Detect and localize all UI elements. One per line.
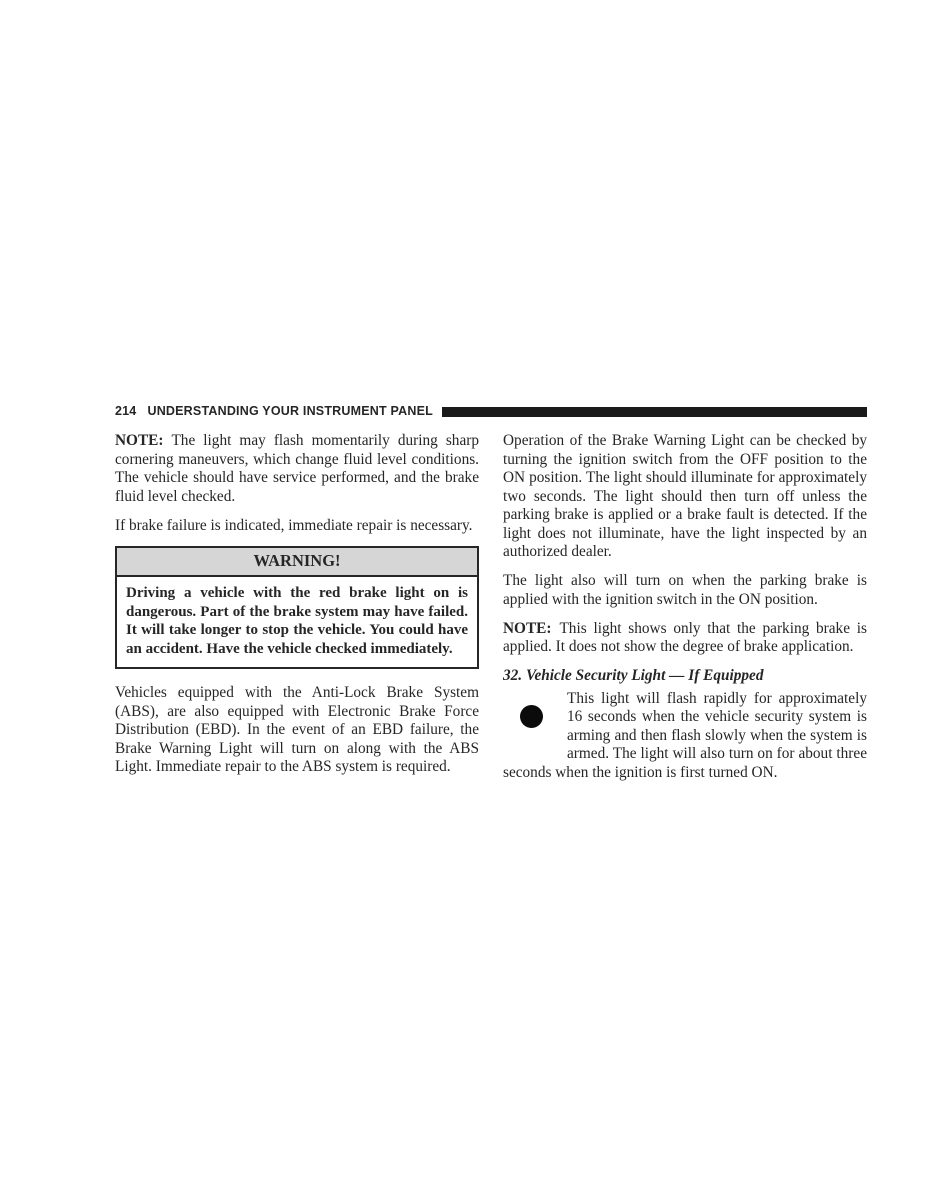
page-title: UNDERSTANDING YOUR INSTRUMENT PANEL [147, 404, 432, 418]
section-heading-vehicle-security-light: 32. Vehicle Security Light — If Equipped [503, 667, 867, 686]
right-column: Operation of the Brake Warning Light can… [503, 432, 867, 793]
warning-box: WARNING! Driving a vehicle with the red … [115, 546, 479, 670]
note-paragraph-fluid-level: NOTE:The light may flash momentarily dur… [115, 432, 479, 506]
note-text: This light shows only that the parking b… [503, 620, 867, 656]
security-dot-float-area [503, 690, 567, 762]
warning-box-body: Driving a vehicle with the red brake lig… [117, 577, 477, 667]
brake-failure-paragraph: If brake failure is indicated, immediate… [115, 517, 479, 536]
abs-ebd-paragraph: Vehicles equipped with the Anti-Lock Bra… [115, 684, 479, 777]
left-column: NOTE:The light may flash momentarily dur… [115, 432, 479, 793]
note-text: The light may flash momentarily during s… [115, 432, 479, 505]
page-number: 214 [115, 404, 136, 418]
note-label: NOTE: [503, 620, 551, 637]
two-column-body: NOTE:The light may flash momentarily dur… [115, 432, 867, 793]
page-content: 214 UNDERSTANDING YOUR INSTRUMENT PANEL … [115, 404, 867, 793]
note-paragraph-parking-brake: NOTE:This light shows only that the park… [503, 620, 867, 657]
brake-light-operation-paragraph: Operation of the Brake Warning Light can… [503, 432, 867, 562]
page-header: 214 UNDERSTANDING YOUR INSTRUMENT PANEL [115, 404, 867, 418]
note-label: NOTE: [115, 432, 163, 449]
vehicle-security-light-icon [520, 705, 543, 728]
manual-page: 214 UNDERSTANDING YOUR INSTRUMENT PANEL … [0, 0, 927, 1200]
parking-brake-paragraph: The light also will turn on when the par… [503, 572, 867, 609]
warning-box-title: WARNING! [117, 548, 477, 578]
security-light-paragraph: This light will flash rapidly for approx… [503, 690, 867, 783]
header-rule-bar [442, 407, 867, 417]
